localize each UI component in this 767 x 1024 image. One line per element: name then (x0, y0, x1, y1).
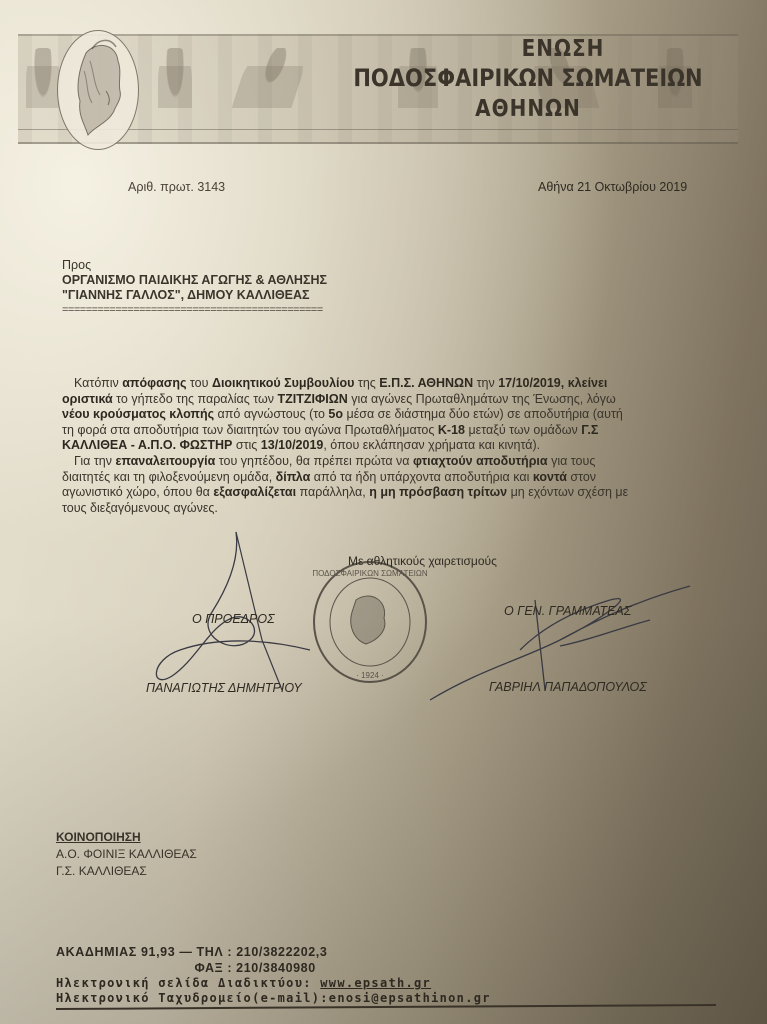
stamp-text: ΠΟΔΟΣΦΑΙΡΙΚΩΝ ΣΩΜΑΤΕΙΩΝ (312, 569, 428, 578)
scanned-letter-page: ΕΝΩΣΗ ΠΟΔΟΣΦΑΙΡΙΚΩΝ ΣΩΜΑΤΕΙΩΝ ΑΘΗΝΩΝ Αρι… (0, 0, 767, 1024)
letterhead: ΕΝΩΣΗ ΠΟΔΟΣΦΑΙΡΙΚΩΝ ΣΩΜΑΤΕΙΩΝ ΑΘΗΝΩΝ (18, 34, 738, 144)
email-label: Ηλεκτρονικό Ταχυδρομείο(e-mail): (56, 991, 329, 1005)
website-link[interactable]: www.epsath.gr (320, 976, 431, 990)
letter-body: Κατόπιν απόφασης του Διοικητικού Συμβουλ… (62, 376, 732, 516)
fax-number: ΦΑΞ : 210/3840980 (56, 960, 491, 976)
recipient-separator: ========================================… (62, 303, 327, 318)
recipient-block: Προς ΟΡΓΑΝΙΣΜΟ ΠΑΙΔΙΚΗΣ ΑΓΩΓΗΣ & ΑΘΛΗΣΗΣ… (62, 258, 327, 318)
cc-item: Α.Ο. ΦΟΙΝΙΞ ΚΑΛΛΙΘΕΑΣ (56, 846, 197, 863)
frieze-figure-icon (158, 48, 192, 128)
recipient-label: Προς (62, 258, 327, 273)
cc-heading: ΚΟΙΝΟΠΟΙΗΣΗ (56, 829, 197, 846)
org-name-line2: ΠΟΔΟΣΦΑΙΡΙΚΩΝ ΣΩΜΑΤΕΙΩΝ (318, 64, 738, 92)
stamp-year: · 1924 · (356, 671, 384, 680)
frieze-figure-icon (26, 48, 60, 128)
org-name-line3: ΑΘΗΝΩΝ (318, 94, 738, 122)
recipient-line1: ΟΡΓΑΝΙΣΜΟ ΠΑΙΔΙΚΗΣ ΑΓΩΓΗΣ & ΑΘΛΗΣΗΣ (62, 273, 327, 288)
official-stamp-icon: ΠΟΔΟΣΦΑΙΡΙΚΩΝ ΣΩΜΑΤΕΙΩΝ · 1924 · (312, 562, 428, 682)
president-signature (156, 532, 310, 680)
president-title: Ο ΠΡΟΕΔΡΟΣ (192, 612, 275, 626)
website-label: Ηλεκτρονική σελίδα Διαδικτύου: (56, 976, 320, 990)
footer-contact: ΑΚΑΔΗΜΙΑΣ 91,93 — ΤΗΛ : 210/3822202,3 ΦΑ… (56, 944, 491, 1006)
carbon-copy-block: ΚΟΙΝΟΠΟΙΗΣΗ Α.Ο. ΦΟΙΝΙΞ ΚΑΛΛΙΘΕΑΣ Γ.Σ. Κ… (56, 829, 197, 880)
email-link[interactable]: enosi@epsathinon.gr (329, 991, 491, 1005)
website-line: Ηλεκτρονική σελίδα Διαδικτύου: www.epsat… (56, 976, 491, 991)
organization-name: ΕΝΩΣΗ ΠΟΔΟΣΦΑΙΡΙΚΩΝ ΣΩΜΑΤΕΙΩΝ ΑΘΗΝΩΝ (318, 36, 738, 120)
address-phone: ΑΚΑΔΗΜΙΑΣ 91,93 — ΤΗΛ : 210/3822202,3 (56, 944, 491, 960)
closing-greeting: Με αθλητικούς χαιρετισμούς (348, 554, 497, 568)
letter-date: Αθήνα 21 Οκτωβρίου 2019 (538, 180, 687, 194)
recipient-line2: "ΓΙΑΝΝΗΣ ΓΑΛΛΟΣ", ΔΗΜΟΥ ΚΑΛΛΙΘΕΑΣ (62, 288, 327, 303)
athena-emblem-icon (57, 30, 139, 150)
email-line: Ηλεκτρονικό Ταχυδρομείο(e-mail):enosi@ep… (56, 991, 491, 1006)
protocol-number: Αριθ. πρωτ. 3143 (128, 180, 225, 194)
secretary-title: Ο ΓΕΝ. ΓΡΑΜΜΑΤΕΑΣ (504, 604, 631, 618)
president-name: ΠΑΝΑΓΙΩΤΗΣ ΔΗΜΗΤΡΙΟΥ (146, 681, 302, 695)
secretary-name: ΓΑΒΡΙΗΛ ΠΑΠΑΔΟΠΟΥΛΟΣ (489, 680, 647, 694)
paragraph-1: Κατόπιν απόφασης του Διοικητικού Συμβουλ… (62, 376, 732, 454)
cc-item: Γ.Σ. ΚΑΛΛΙΘΕΑΣ (56, 863, 197, 880)
org-name-line1: ΕΝΩΣΗ (388, 34, 738, 62)
paragraph-2: Για την επαναλειτουργία του γηπέδου, θα … (62, 454, 732, 516)
